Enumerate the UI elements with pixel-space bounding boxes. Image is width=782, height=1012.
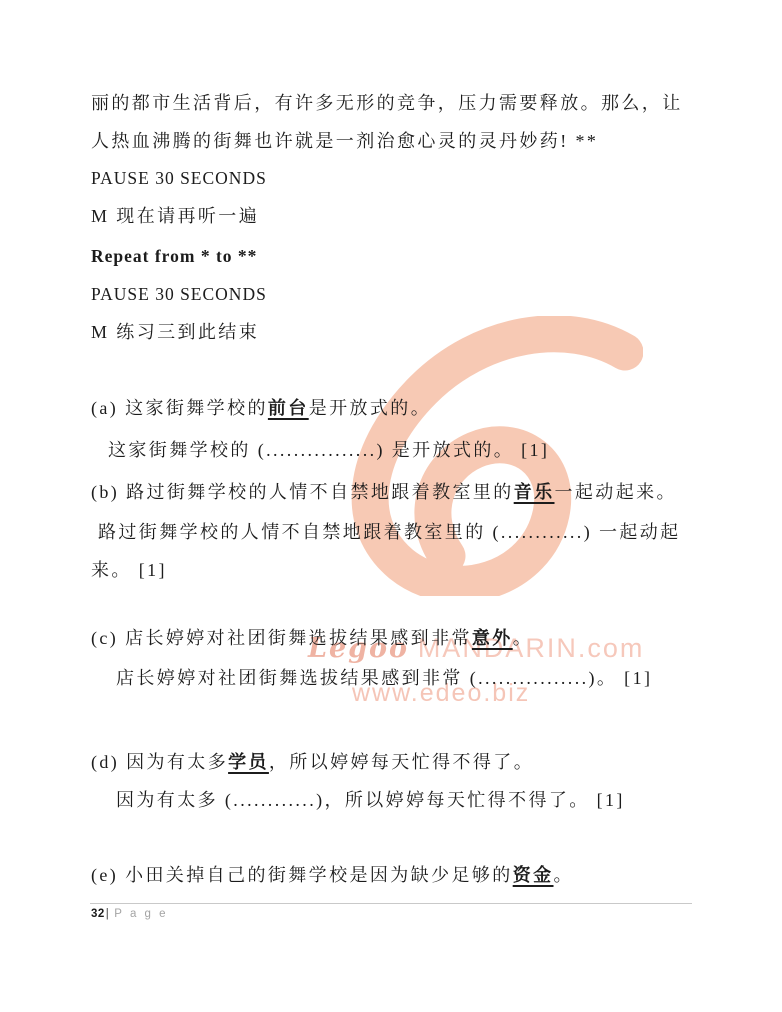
question-b-post: 一起动起来。 [555, 482, 677, 502]
question-c-post: 。 [513, 628, 533, 648]
question-c-pre: (c) 店长婷婷对社团街舞选拔结果感到非常 [91, 628, 472, 648]
question-a: (a) 这家街舞学校的前台是开放式的。 [91, 397, 431, 419]
question-c-answer: 店长婷婷对社团街舞选拔结果感到非常 (................)。 [1… [116, 667, 652, 689]
question-d-answer: 因为有太多 (............)，所以婷婷每天忙得不得了。 [1] [116, 789, 625, 811]
transcript-paragraph-line-1: 丽的都市生活背后，有许多无形的竞争，压力需要释放。那么，让 [91, 92, 683, 114]
cue-exercise-end: M 练习三到此结束 [91, 321, 259, 343]
question-d-pre: (d) 因为有太多 [91, 752, 228, 772]
question-b: (b) 路过街舞学校的人情不自禁地跟着教室里的音乐一起动起来。 [91, 481, 677, 503]
footer-page-word: P a g e [114, 908, 168, 920]
question-a-keyword: 前台 [268, 398, 309, 418]
cue-pause-2: PAUSE 30 SECONDS [91, 283, 267, 305]
question-d-keyword: 学员 [228, 752, 269, 772]
question-d-post: ，所以婷婷每天忙得不得了。 [269, 752, 534, 772]
document-page: Legoo MANDARIN.com www.edeo.biz 丽的都市生活背后… [0, 0, 782, 1012]
question-a-post: 是开放式的。 [309, 398, 431, 418]
footer-separator: | [106, 908, 112, 920]
question-a-pre: (a) 这家街舞学校的 [91, 398, 268, 418]
question-b-keyword: 音乐 [514, 482, 555, 502]
page-footer: 32|P a g e [91, 908, 168, 920]
question-d: (d) 因为有太多学员，所以婷婷每天忙得不得了。 [91, 751, 534, 773]
question-e-post: 。 [554, 865, 574, 885]
question-b-answer-line-1: 路过街舞学校的人情不自禁地跟着教室里的 (............) 一起动起 [98, 521, 681, 543]
question-c: (c) 店长婷婷对社团街舞选拔结果感到非常意外。 [91, 627, 533, 649]
question-b-answer-line-2: 来。 [1] [91, 559, 167, 581]
cue-repeat: Repeat from * to ** [91, 245, 257, 267]
cue-listen-again: M 现在请再听一遍 [91, 205, 259, 227]
footer-divider [90, 903, 692, 904]
transcript-paragraph-line-2: 人热血沸腾的街舞也许就是一剂治愈心灵的灵丹妙药! ** [91, 130, 598, 152]
question-e-pre: (e) 小田关掉自己的街舞学校是因为缺少足够的 [91, 865, 513, 885]
cue-pause-1: PAUSE 30 SECONDS [91, 167, 267, 189]
page-number: 32 [91, 908, 105, 920]
question-a-answer: 这家街舞学校的 (................) 是开放式的。 [1] [108, 439, 549, 461]
question-b-pre: (b) 路过街舞学校的人情不自禁地跟着教室里的 [91, 482, 514, 502]
question-e-keyword: 资金 [513, 865, 554, 885]
question-e: (e) 小田关掉自己的街舞学校是因为缺少足够的资金。 [91, 864, 574, 886]
question-c-keyword: 意外 [472, 628, 513, 648]
